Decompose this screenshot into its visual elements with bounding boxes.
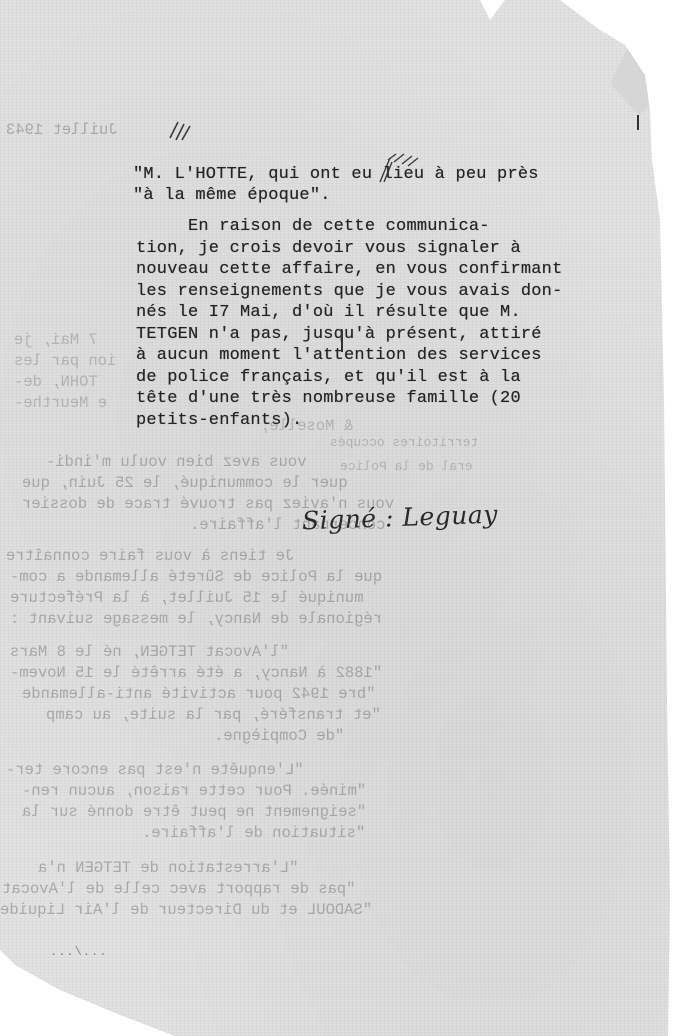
body-line-2: "à la même époque". [133,185,331,207]
bleed-line: que la Police de Sûreté allemande a com- [10,567,382,588]
bleed-line: "de Compiègne. [214,726,344,747]
bleed-line: "situation de l'affaire. [142,823,365,844]
body-line-11: tête d'une très nombreuse famille (20 [136,388,521,410]
body-line-9: à aucun moment l'attention des services [136,345,542,367]
bleed-fragment: TOHN, de- [14,372,98,393]
pen-mark [341,330,343,352]
bleed-line: "bre 1942 pour activité anti-allemande [22,684,375,705]
bleed-line: quer le communiqué, le 25 Juin, que [22,473,348,494]
body-line-5: nouveau cette affaire, en vous confirman… [136,259,562,281]
bleed-line: "SADOUL et du Directeur de l'Air Liquide [0,900,372,921]
bleed-date: Juillet 1943 [6,120,118,141]
paper-sheet: Juillet 1943 7 Mai, je ion par les TOHN,… [0,0,700,1036]
body-line-8: TETGEN n'a pas, jusqu'à présent, attiré [136,324,542,346]
bleed-line: Je tiens à vous faire connaître [6,546,341,567]
scanned-document: Juillet 1943 7 Mai, je ion par les TOHN,… [0,0,700,1036]
bleed-line: "l'Avocat TETGEN, né le 8 Mars [10,642,336,663]
bleed-fragment: e Meurthe- [14,393,107,414]
bleed-fragment: eral de la Police [340,456,473,477]
body-line-4: tion, je crois devoir vous signaler à [136,238,521,260]
bleed-line: vous avez bien voulu m'indi- [46,452,306,473]
bleed-fragment: territoires occupés [330,432,478,453]
body-line-7: nés le I7 Mai, d'où il résulte que M. [136,302,521,324]
bleed-line: "seignement ne peut être donné sur la [22,802,366,823]
body-line-1: "M. L'HOTTE, qui ont eu lieu à peu près [133,164,539,186]
handwritten-tick-marks-icon [166,118,196,143]
bleed-fragment: ion par les [14,351,116,372]
bleed-line: "pas de rapport avec celle de l'Avocat [2,879,355,900]
bleed-line: muniqué le 15 Juillet, à la Préfecture [10,588,363,609]
bleed-line: "1882 à Nancy, a été arrêté le 15 Novem- [10,663,382,684]
bleed-line: "L'arrestation de TETGEN n'a [38,858,345,879]
continuation-mark: ...\... [50,945,107,959]
bleed-line: "minée. Pour cette raison, aucun ren- [22,781,366,802]
bleed-line: "L'enquête n'est pas encore ter- [6,760,350,781]
bleed-line: "et transféré, par la suite, au camp [46,705,381,726]
body-line-6: les renseignements que je vous avais don… [136,281,562,303]
tear-mark [637,115,639,130]
bleed-fragment: 7 Mai, je [14,330,98,351]
body-line-12: petits-enfants). [136,410,302,432]
bleed-line: régionale de Nancy, le message suivant : [10,609,382,630]
body-line-3: En raison de cette communica- [136,216,490,238]
body-line-10: de police français, et qu'il est à la [136,367,521,389]
